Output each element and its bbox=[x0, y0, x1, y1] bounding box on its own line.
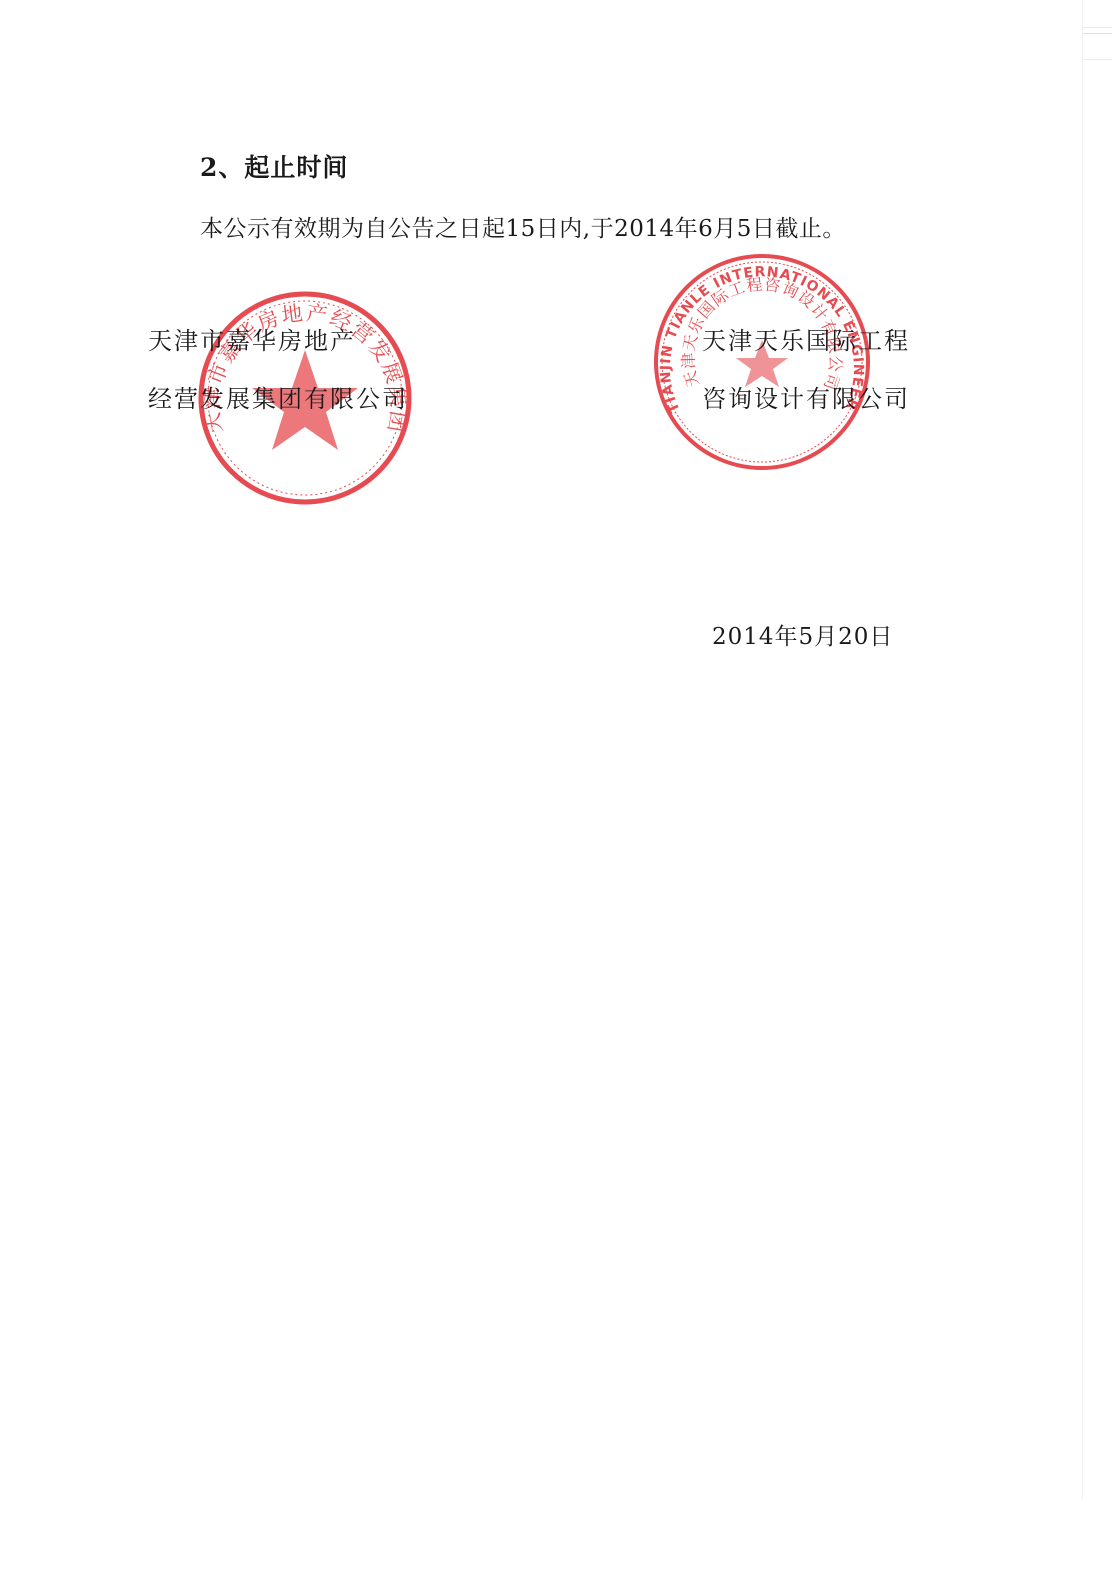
document-date: 2014年5月20日 bbox=[712, 618, 893, 651]
validity-statement: 本公示有效期为自公告之日起15日内,于2014年6月5日截止。 bbox=[200, 210, 846, 243]
signatory-right: 天津天乐国际工程 咨询设计有限公司 bbox=[702, 312, 910, 428]
signatory-left-line1: 天津市嘉华房地产 bbox=[148, 312, 408, 370]
scan-edge-artifacts bbox=[1076, 0, 1112, 700]
signatory-left-line2: 经营发展集团有限公司 bbox=[148, 370, 408, 428]
signatory-left: 天津市嘉华房地产 经营发展集团有限公司 bbox=[148, 312, 408, 428]
document-page: 2、起止时间 本公示有效期为自公告之日起15日内,于2014年6月5日截止。 天… bbox=[0, 0, 1112, 1575]
signatory-right-line2: 咨询设计有限公司 bbox=[702, 370, 910, 428]
section-heading: 2、起止时间 bbox=[200, 148, 348, 184]
signatory-right-line1: 天津天乐国际工程 bbox=[702, 312, 910, 370]
